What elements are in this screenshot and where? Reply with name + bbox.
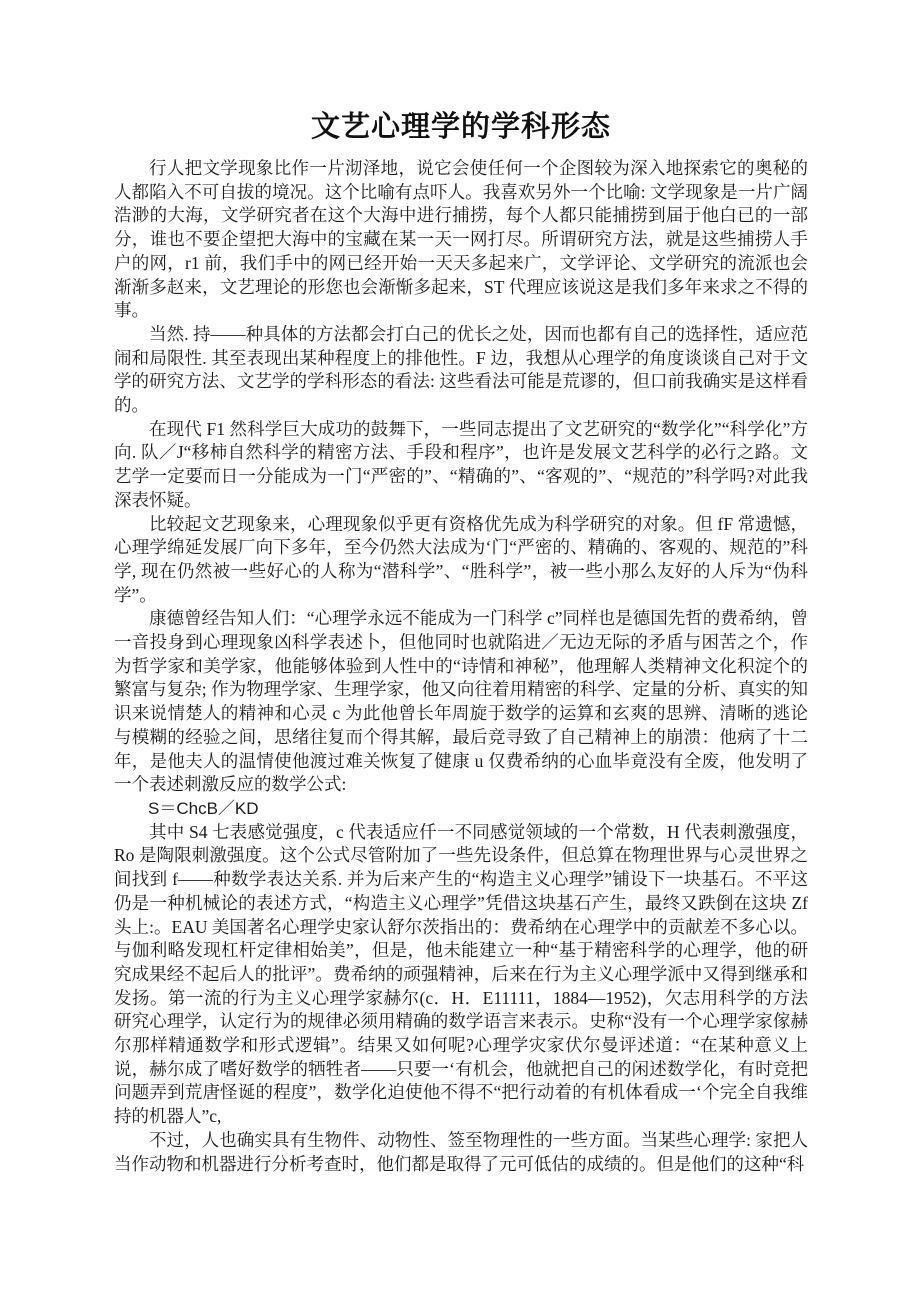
document-content: 文艺心理学的学科形态 行人把文学现象比作一片沏泽地，说它会使任何一个企图较为深入… [114, 108, 808, 1176]
paragraph-6: 其中 S4 七表感觉强度，c 代表适应仟一不同感觉领域的一个常数，H 代表刺激强… [114, 821, 808, 1129]
paragraph-4: 比较起文艺现象来，心理现象似乎更有资格优先成为科学研究的对象。但 fF 常遗憾，… [114, 513, 808, 608]
paragraph-3: 在现代 F1 然科学巨大成功的鼓舞下，一些同志提出了文艺研究的“数学化”“科学化… [114, 418, 808, 513]
paragraph-1: 行人把文学现象比作一片沏泽地，说它会使任何一个企图较为深入地探索它的奥秘的人都陷… [114, 157, 808, 323]
paragraph-2: 当然. 持——种具体的方法都会打白己的优长之处，因而也都有自己的选择性，适应范闹… [114, 323, 808, 418]
document-page: 文艺心理学的学科形态 行人把文学现象比作一片沏泽地，说它会使任何一个企图较为深入… [0, 0, 920, 1302]
paragraph-7: 不过，人也确实具有生物件、动物性、签至物理性的一些方面。当某些心理学: 家把人当… [114, 1129, 808, 1176]
document-title: 文艺心理学的学科形态 [114, 108, 808, 146]
document-body: 行人把文学现象比作一片沏泽地，说它会使任何一个企图较为深入地探索它的奥秘的人都陷… [114, 157, 808, 1176]
formula-line: S＝ChcB／KD [114, 797, 808, 821]
paragraph-5: 康德曾经告知人们：“心理学永远不能成为一门科学 c”同样也是德国先哲的费希纳，曾… [114, 607, 808, 797]
